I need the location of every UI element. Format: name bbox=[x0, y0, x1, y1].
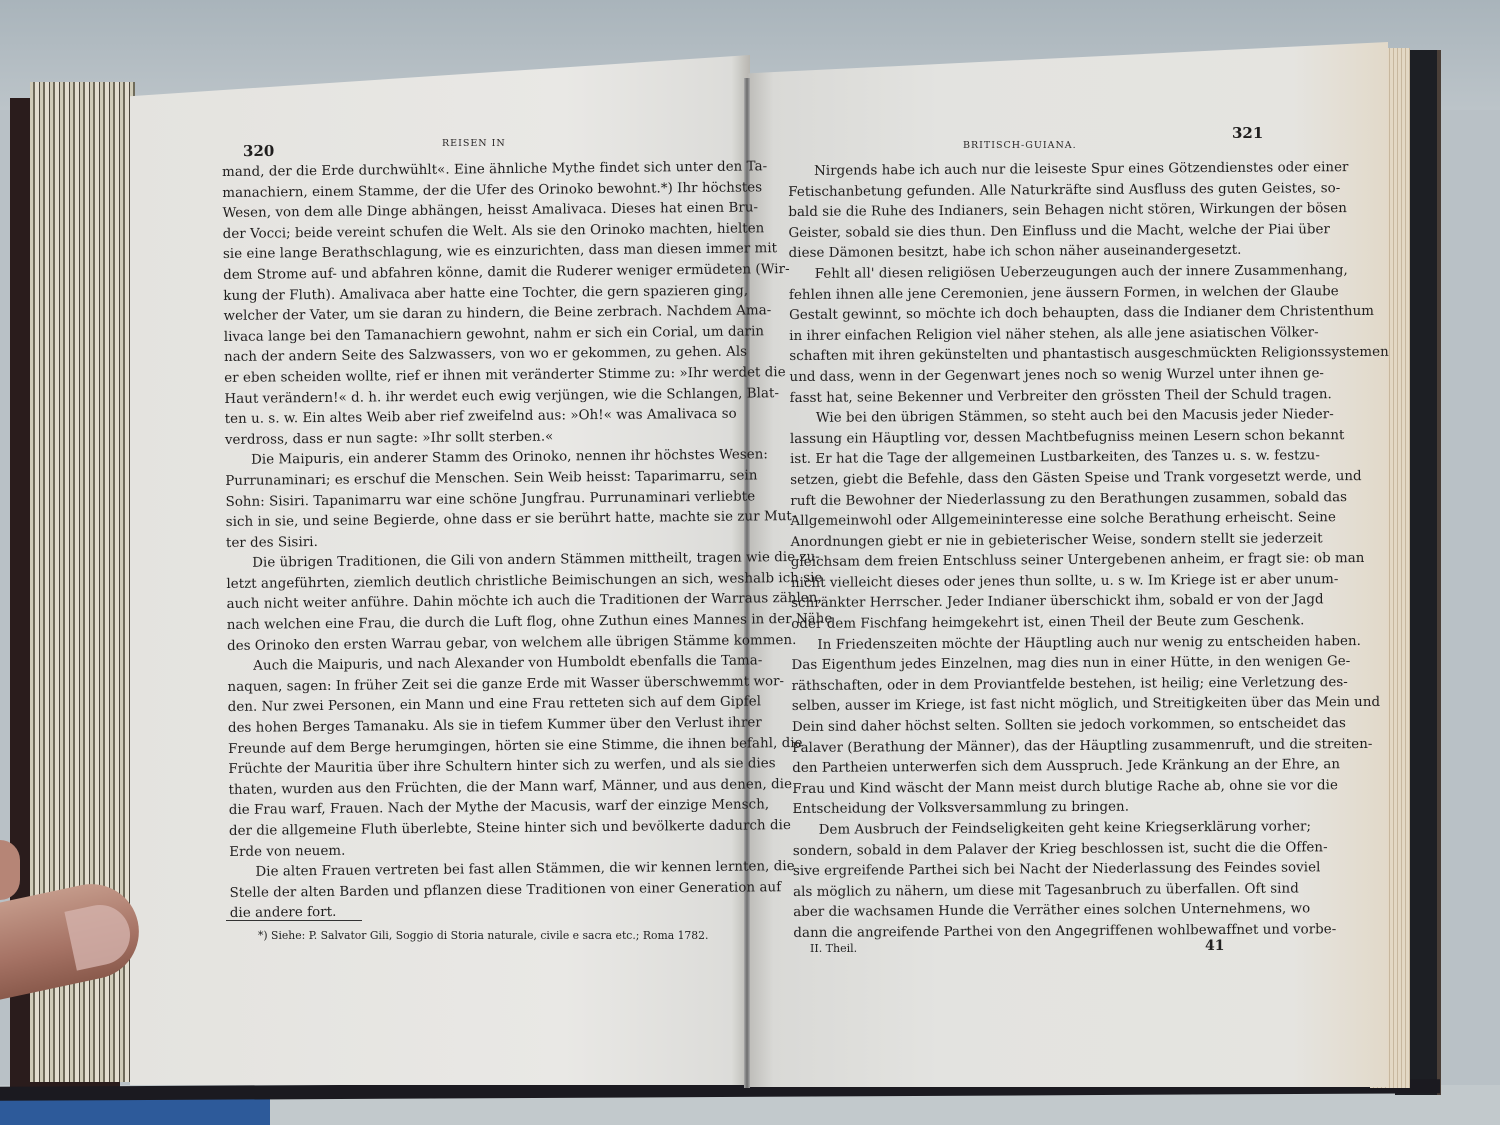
left-page-body: mand, der die Erde durchwühlt«. Eine ähn… bbox=[222, 158, 718, 925]
right-page-number: 321 bbox=[1232, 124, 1263, 142]
left-running-head: REISEN IN bbox=[442, 138, 506, 149]
text-line: Fehlt all' diesen religiösen Ueberzeugun… bbox=[789, 261, 1291, 285]
signature-label: II. Theil. bbox=[810, 942, 857, 955]
right-page-body: Nirgends habe ich auch nur die leiseste … bbox=[788, 158, 1295, 944]
text-line: setzen, giebt die Befehle, dass den Gäst… bbox=[790, 467, 1292, 491]
left-page-number: 320 bbox=[243, 142, 274, 160]
signature-mark: 41 bbox=[1205, 938, 1224, 954]
right-running-head: BRITISCH-GUIANA. bbox=[963, 140, 1077, 151]
text-line: Dem Ausbruch der Feindseligkeiten geht k… bbox=[793, 817, 1295, 841]
text-line: Frau und Kind wäscht der Mann meist durc… bbox=[792, 776, 1294, 800]
text-line: Dein sind daher höchst selten. Sollten s… bbox=[792, 715, 1294, 739]
footnote: *) Siehe: P. Salvator Gili, Soggio di St… bbox=[258, 929, 708, 942]
text-line: und dass, wenn in der Gegenwart jenes no… bbox=[789, 364, 1291, 388]
text-line: Nirgends habe ich auch nur die leiseste … bbox=[788, 158, 1290, 182]
footnote-rule bbox=[226, 920, 362, 921]
